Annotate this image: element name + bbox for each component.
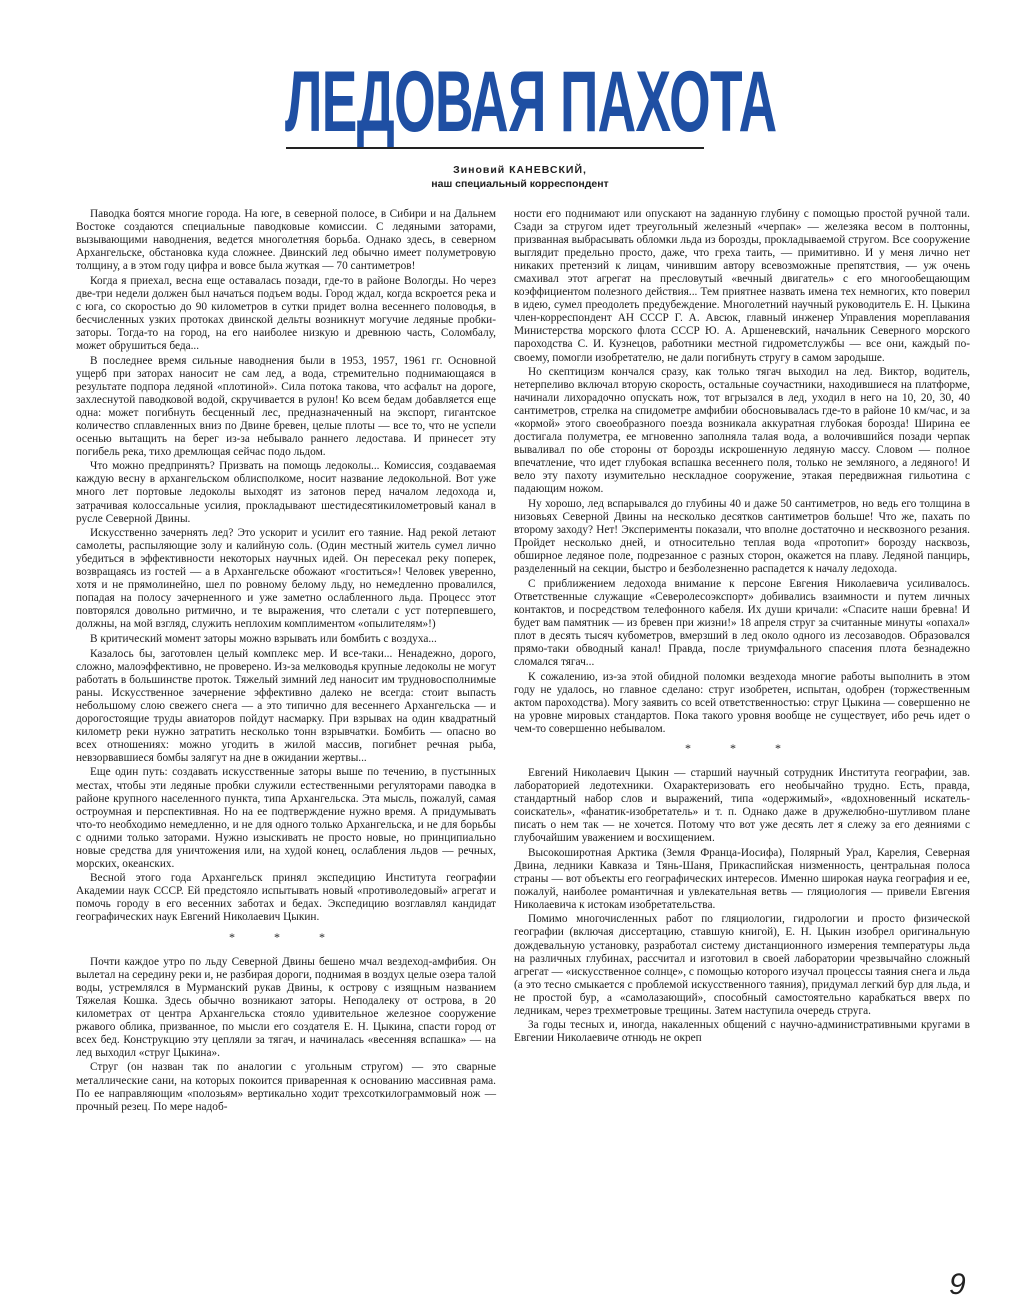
paragraph: К сожалению, из-за этой обидной поломки … [514,671,970,736]
title-divider [286,147,704,149]
paragraph: За годы тесных и, иногда, накаленных общ… [514,1019,970,1045]
right-column: ности его поднимают или опускают на зада… [514,208,970,1047]
paragraph: Что можно предпринять? Призвать на помощ… [76,460,496,525]
paragraph: В последнее время сильные наводнения был… [76,355,496,459]
paragraph: Казалось бы, заготовлен целый комплекс м… [76,648,496,765]
paragraph: Паводка боятся многие города. На юге, в … [76,208,496,273]
paragraph: Евгений Николаевич Цыкин — старший научн… [514,767,970,845]
section-separator: * * * [514,742,970,755]
byline: Зиновий КАНЕВСКИЙ, наш специальный корре… [380,163,660,191]
paragraph: Струг (он назван так по аналогии с уголь… [76,1061,496,1113]
article-title: ЛЕДОВАЯ ПАХОТА [285,62,545,142]
page-number: 9 [949,1268,966,1302]
paragraph: Когда я приехал, весна еще оставалась по… [76,275,496,353]
paragraph: В критический момент заторы можно взрыва… [76,633,496,646]
paragraph: Но скептицизм кончался сразу, как только… [514,366,970,496]
paragraph: С приближением ледохода внимание к персо… [514,578,970,669]
paragraph: Помимо многочисленных работ по гляциолог… [514,913,970,1017]
paragraph: ности его поднимают или опускают на зада… [514,208,970,365]
left-column: Паводка боятся многие города. На юге, в … [76,208,496,1115]
paragraph: Ну хорошо, лед вспарывался до глубины 40… [514,498,970,576]
author-role: наш специальный корреспондент [380,177,660,191]
paragraph: Высокоширотная Арктика (Земля Франца-Иос… [514,847,970,912]
paragraph: Почти каждое утро по льду Северной Двины… [76,956,496,1060]
paragraph: Весной этого года Архангельск принял экс… [76,872,496,924]
section-separator: * * * [76,931,496,944]
paragraph: Искусственно зачернять лед? Это ускорит … [76,527,496,631]
author-name: Зиновий КАНЕВСКИЙ, [380,163,660,177]
paragraph: Еще один путь: создавать искусственные з… [76,766,496,870]
